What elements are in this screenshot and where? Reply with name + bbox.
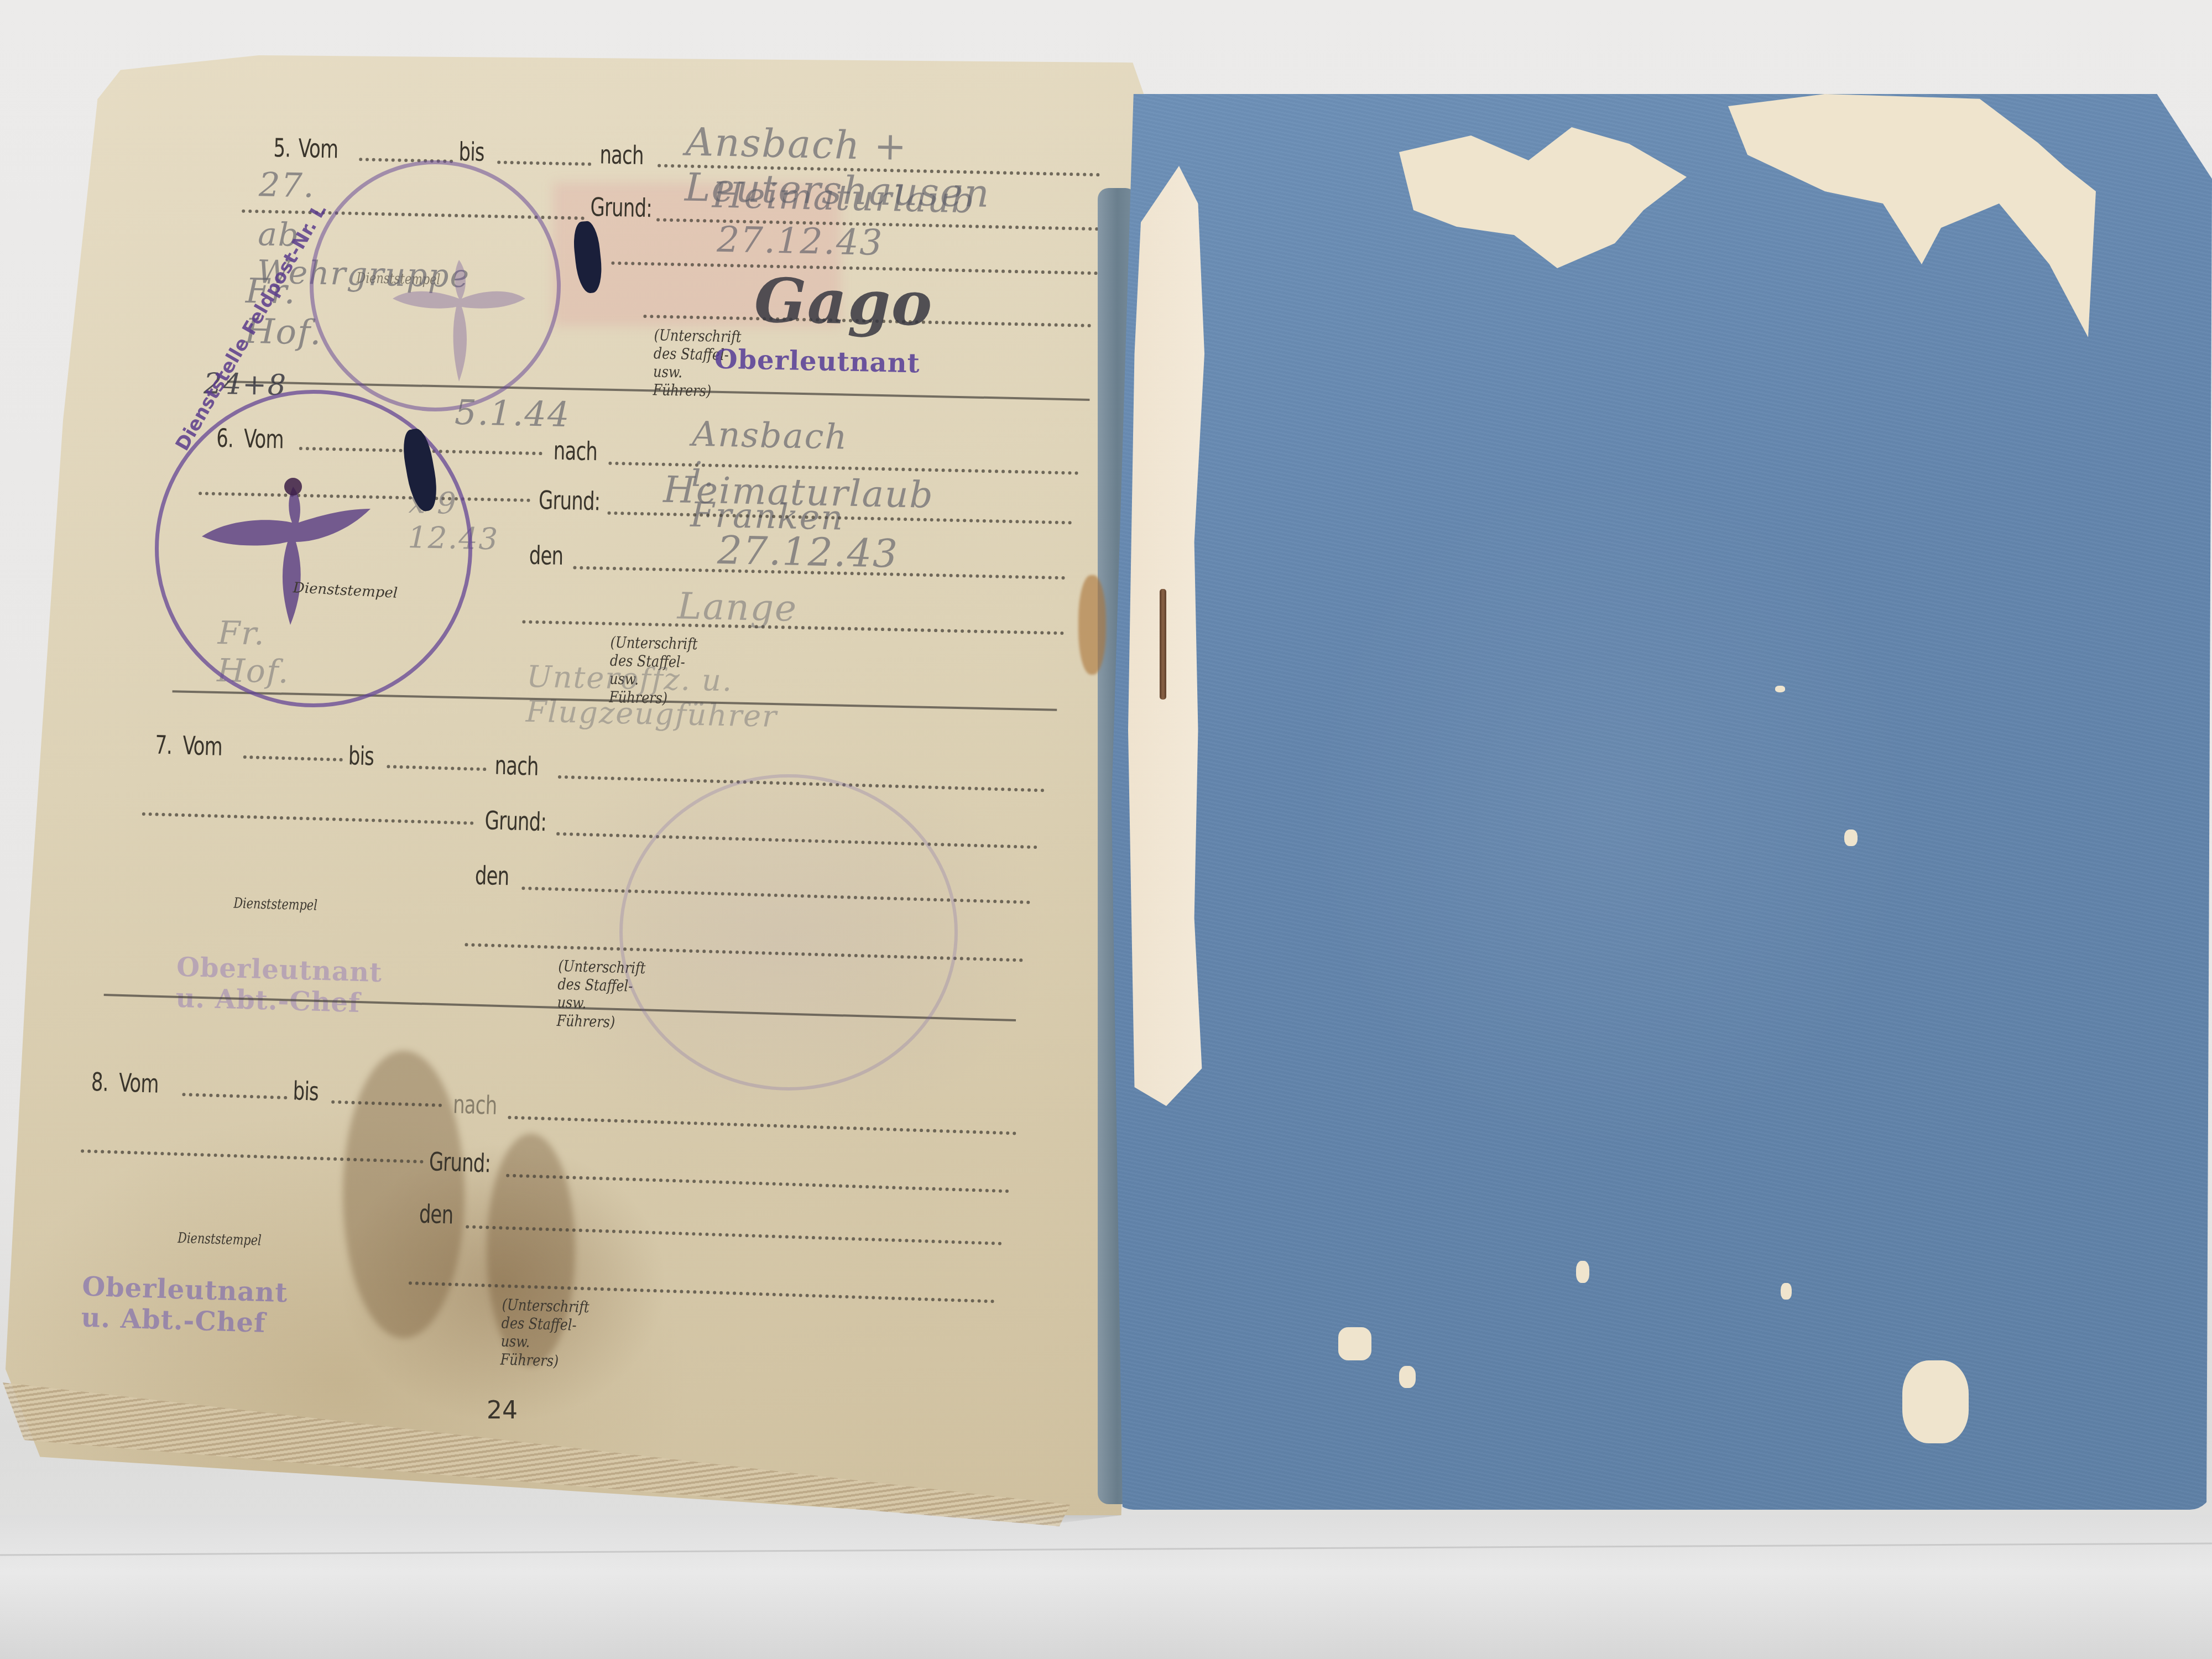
label-grund: Grund: bbox=[538, 485, 600, 516]
soldbuch-left-page: 5. Vom bis nach Grund: (Unterschrift des… bbox=[0, 0, 1172, 1537]
handwriting-grund: Heimaturlaub bbox=[712, 175, 975, 222]
section-number: 5. bbox=[273, 133, 291, 163]
paint-flake bbox=[1338, 1327, 1371, 1360]
label-den: den bbox=[529, 540, 564, 571]
faded-round-stamp bbox=[619, 774, 958, 1091]
label-nach: nach bbox=[452, 1089, 497, 1120]
label-vom: Vom bbox=[182, 731, 223, 761]
label-vom: Vom bbox=[298, 133, 338, 164]
dienststempel-label: Dienststempel bbox=[178, 1230, 262, 1249]
label-grund: Grund: bbox=[429, 1146, 491, 1178]
paint-flake bbox=[1844, 830, 1858, 846]
paint-flake bbox=[1775, 686, 1785, 692]
section-number: 7. bbox=[155, 729, 173, 760]
page-number: 24 bbox=[487, 1396, 518, 1425]
paint-flake bbox=[1902, 1360, 1969, 1443]
label-nach: nach bbox=[494, 750, 539, 781]
paint-flake bbox=[1781, 1283, 1792, 1300]
peeled-patch bbox=[1399, 127, 1687, 293]
peeled-patch bbox=[1709, 94, 2096, 337]
section-number: 8. bbox=[91, 1067, 108, 1097]
paint-flake bbox=[1576, 1261, 1589, 1283]
handwriting-vom: 5.1.44 bbox=[455, 392, 571, 435]
paint-flake bbox=[1399, 1366, 1416, 1388]
label-bis: bis bbox=[458, 137, 484, 167]
eagle-emblem-icon bbox=[387, 238, 531, 393]
label-den: den bbox=[474, 860, 509, 891]
label-vom: Vom bbox=[118, 1067, 159, 1098]
signature-caption: (Unterschrift des Staffel- usw. Führers) bbox=[500, 1295, 589, 1371]
staple-icon bbox=[1160, 589, 1166, 700]
handwriting-date-start: 27. bbox=[258, 165, 315, 205]
label-grund: Grund: bbox=[590, 192, 652, 223]
handwritten-signature: Lange bbox=[677, 585, 798, 630]
faded-rank-stamp: Oberleutnant u. Abt.-Chef bbox=[175, 952, 383, 1019]
label-bis: bis bbox=[293, 1076, 319, 1106]
handwritten-signature: Gago bbox=[754, 264, 934, 340]
label-den: den bbox=[419, 1199, 453, 1230]
handwriting-den: 27.12.43 bbox=[717, 220, 884, 264]
rank-stamp-oberleutnant: Oberleutnant bbox=[714, 344, 920, 379]
dirt-stain bbox=[343, 1051, 465, 1338]
dienststempel-label: Dienststempel bbox=[233, 895, 317, 914]
soldbuch-back-cover bbox=[1112, 94, 2212, 1510]
eagle-emblem-icon bbox=[194, 465, 376, 630]
label-grund: Grund: bbox=[484, 805, 547, 837]
handwriting-den: 27.12.43 bbox=[717, 528, 899, 577]
handwriting-signature-note: Unteroffz. u. Flugzeugführer bbox=[525, 659, 779, 734]
faded-rank-stamp: Oberleutnant u. Abt.-Chef bbox=[81, 1271, 288, 1340]
label-nach: nach bbox=[599, 139, 644, 170]
label-bis: bis bbox=[348, 740, 374, 771]
rust-stain bbox=[1078, 575, 1106, 675]
label-nach: nach bbox=[553, 436, 597, 467]
handwriting-grund: Heimaturlaub bbox=[663, 468, 935, 517]
